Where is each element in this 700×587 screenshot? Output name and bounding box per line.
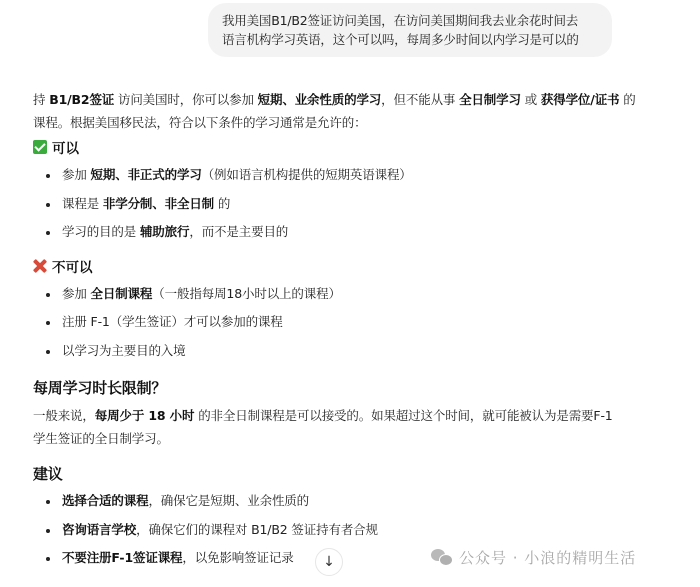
intro-bold: 短期、业余性质的学习 bbox=[258, 92, 382, 107]
watermark-text: 公众号 · 小浪的精明生活 bbox=[459, 547, 636, 568]
advice-heading: 建议 bbox=[33, 463, 653, 484]
intro-text: 持 bbox=[33, 92, 49, 107]
allowed-list: 参加 短期、非正式的学习（例如语言机构提供的短期英语课程） 课程是 非学分制、非… bbox=[44, 161, 653, 247]
list-item: 咨询语言学校，确保它们的课程对 B1/B2 签证持有者合规 bbox=[44, 516, 653, 545]
intro-text: ，但不能从事 bbox=[381, 92, 459, 107]
not-allowed-list: 参加 全日制课程（一般指每周18小时以上的课程） 注册 F-1（学生签证）才可以… bbox=[44, 280, 653, 366]
list-item: 参加 全日制课程（一般指每周18小时以上的课程） bbox=[44, 280, 653, 309]
user-message-bubble: 我用美国B1/B2签证访问美国，在访问美国期间我去业余花时间去 语言机构学习英语… bbox=[208, 3, 612, 57]
allowed-heading: 可以 bbox=[33, 137, 653, 157]
weekly-limit-heading: 每周学习时长限制？ bbox=[33, 377, 653, 398]
check-icon bbox=[33, 140, 47, 154]
not-allowed-title: 不可以 bbox=[52, 256, 93, 276]
list-item: 注册 F-1（学生签证）才可以参加的课程 bbox=[44, 308, 653, 337]
intro-paragraph: 持 B1/B2签证 访问美国时，你可以参加 短期、业余性质的学习，但不能从事 全… bbox=[33, 88, 643, 134]
user-message-line-2: 语言机构学习英语，这个可以吗，每周多少时间以内学习是可以的 bbox=[222, 30, 598, 49]
weekly-limit-paragraph: 一般来说，每周少于 18 小时 的非全日制课程是可以接受的。如果超过这个时间，就… bbox=[33, 404, 613, 450]
wechat-icon bbox=[431, 549, 453, 567]
watermark: 公众号 · 小浪的精明生活 bbox=[431, 547, 636, 568]
assistant-answer: 持 B1/B2签证 访问美国时，你可以参加 短期、业余性质的学习，但不能从事 全… bbox=[33, 88, 653, 573]
intro-bold: B1/B2签证 bbox=[49, 92, 114, 107]
user-message-line-1: 我用美国B1/B2签证访问美国，在访问美国期间我去业余花时间去 bbox=[222, 11, 598, 30]
allowed-title: 可以 bbox=[52, 137, 79, 157]
arrow-down-icon: ↓ bbox=[323, 554, 335, 570]
list-item: 学习的目的是 辅助旅行，而不是主要目的 bbox=[44, 218, 653, 247]
not-allowed-heading: 不可以 bbox=[33, 256, 653, 276]
list-item: 选择合适的课程，确保它是短期、业余性质的 bbox=[44, 487, 653, 516]
scroll-to-bottom-button[interactable]: ↓ bbox=[315, 548, 343, 576]
intro-text: 访问美国时，你可以参加 bbox=[114, 92, 258, 107]
list-item: 参加 短期、非正式的学习（例如语言机构提供的短期英语课程） bbox=[44, 161, 653, 190]
intro-text: 或 bbox=[521, 92, 541, 107]
intro-bold: 获得学位/证书 bbox=[541, 92, 620, 107]
list-item: 以学习为主要目的入境 bbox=[44, 337, 653, 366]
cross-icon bbox=[33, 259, 47, 273]
list-item: 课程是 非学分制、非全日制 的 bbox=[44, 190, 653, 219]
intro-bold: 全日制学习 bbox=[459, 92, 521, 107]
